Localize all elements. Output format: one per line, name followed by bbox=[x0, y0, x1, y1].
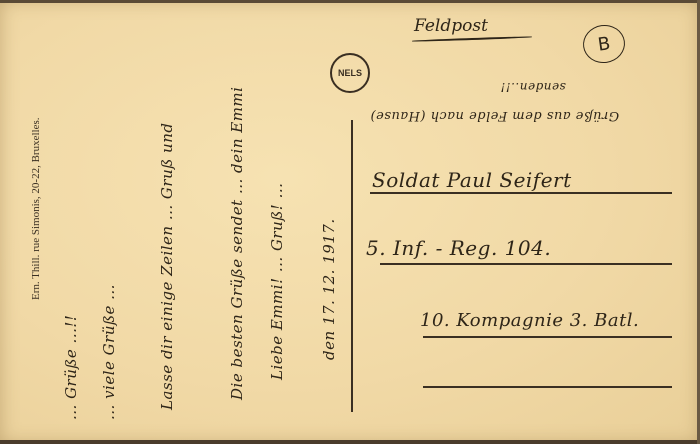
message-column-1: Liebe Emmi! ... Gruß! ... bbox=[268, 183, 286, 380]
publisher-logo: NELS bbox=[330, 53, 370, 93]
address-rule-1 bbox=[370, 192, 672, 194]
upside-down-note-line2: senden..!! bbox=[500, 80, 566, 94]
scan-edge-bottom bbox=[0, 440, 700, 444]
address-rule-2 bbox=[380, 263, 672, 265]
address-line-2: 5. Inf. - Reg. 104. bbox=[366, 236, 551, 260]
message-column-3: Lasse dir einige Zeilen ... Gruß und bbox=[158, 123, 176, 410]
address-line-1: Soldat Paul Seifert bbox=[372, 168, 572, 192]
feldpost-header: Feldpost bbox=[414, 16, 488, 36]
message-column-5: ... Grüße ...!! bbox=[62, 315, 80, 420]
address-rule-3 bbox=[423, 336, 672, 338]
publisher-logo-text: NELS bbox=[338, 68, 362, 78]
message-column-2: Die besten Grüße sendet ... dein Emmi bbox=[228, 87, 246, 400]
feldpost-underline bbox=[412, 36, 532, 42]
printer-imprint: Ern. Thill. rue Simonis, 20-22, Bruxelle… bbox=[30, 117, 42, 300]
divider-line bbox=[351, 120, 353, 412]
address-rule-4 bbox=[423, 386, 672, 388]
upside-down-note-line1: Grüße aus dem Felde nach (Hause) bbox=[370, 108, 619, 123]
address-line-3: 10. Kompagnie 3. Batl. bbox=[420, 310, 639, 331]
message-column-4: ... viele Grüße ... bbox=[100, 284, 118, 420]
circled-mark: B bbox=[581, 22, 628, 65]
dateline: den 17. 12. 1917. bbox=[320, 218, 338, 360]
postcard: Feldpost B senden..!! Grüße aus dem Feld… bbox=[0, 0, 700, 444]
scan-edge-top bbox=[0, 0, 700, 3]
